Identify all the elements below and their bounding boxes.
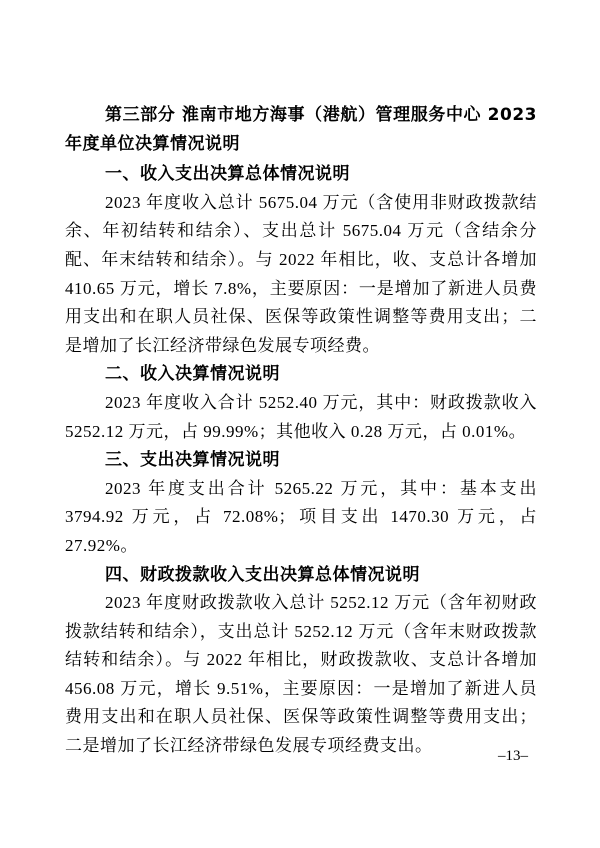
section-heading-4: 四、财政拨款收入支出决算总体情况说明: [65, 561, 537, 590]
section-paragraph-2: 2023 年度收入合计 5252.40 万元，其中：财政拨款收入 5252.12…: [65, 389, 537, 446]
section-paragraph-4: 2023 年度财政拨款收入总计 5252.12 万元（含年初财政拨款结转和结余）…: [65, 589, 537, 761]
document-title: 第三部分 淮南市地方海事（港航）管理服务中心 2023 年度单位决算情况说明: [65, 101, 537, 158]
document-page: 第三部分 淮南市地方海事（港航）管理服务中心 2023 年度单位决算情况说明 一…: [0, 0, 600, 848]
document-content: 第三部分 淮南市地方海事（港航）管理服务中心 2023 年度单位决算情况说明 一…: [65, 101, 537, 761]
section-heading-3: 三、支出决算情况说明: [65, 446, 537, 475]
section-heading-1: 一、收入支出决算总体情况说明: [65, 160, 537, 189]
section-paragraph-3: 2023 年度支出合计 5265.22 万元，其中：基本支出 3794.92 万…: [65, 475, 537, 561]
section-heading-2: 二、收入决算情况说明: [65, 360, 537, 389]
page-number: –13–: [498, 748, 528, 765]
section-paragraph-1: 2023 年度收入总计 5675.04 万元（含使用非财政拨款结余、年初结转和结…: [65, 189, 537, 361]
